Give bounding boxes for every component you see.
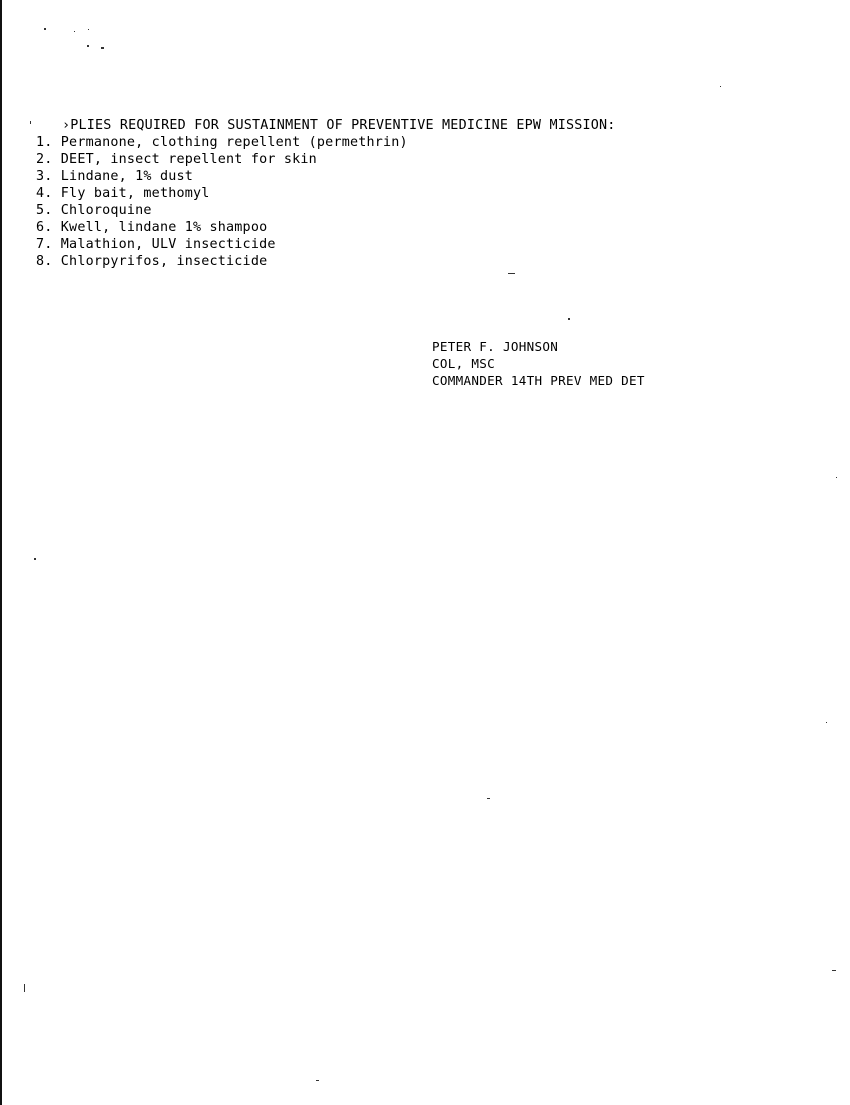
scan-speck (508, 273, 515, 274)
list-item: 4. Fly bait, methomyl (36, 185, 408, 202)
scan-speck (316, 1080, 319, 1081)
list-item: 1. Permanone, clothing repellent (permet… (36, 134, 408, 151)
scan-speck (487, 798, 490, 799)
item-text: DEET, insect repellent for skin (61, 152, 317, 167)
item-text: Chloroquine (61, 203, 152, 218)
item-number: 3. (36, 169, 53, 184)
scan-speck (568, 318, 570, 320)
list-item: 8. Chlorpyrifos, insecticide (36, 253, 408, 270)
item-number: 4. (36, 186, 53, 201)
list-item: 5. Chloroquine (36, 202, 408, 219)
item-number: 8. (36, 254, 53, 269)
item-number: 6. (36, 220, 53, 235)
item-text: Lindane, 1% dust (61, 169, 193, 184)
scan-speck (88, 29, 89, 30)
scan-speck (30, 121, 31, 124)
scan-speck (832, 970, 836, 971)
signer-title: COMMANDER 14TH PREV MED DET (432, 372, 645, 389)
scan-speck (44, 28, 46, 30)
list-item: 2. DEET, insect repellent for skin (36, 151, 408, 168)
item-text: Kwell, lindane 1% shampoo (61, 220, 268, 235)
scan-speck (836, 477, 837, 478)
supplies-list: 1. Permanone, clothing repellent (permet… (36, 134, 408, 270)
item-text: Chlorpyrifos, insecticide (61, 254, 268, 269)
scan-speck (24, 984, 25, 992)
item-number: 1. (36, 135, 53, 150)
item-text: Permanone, clothing repellent (permethri… (61, 135, 408, 150)
scan-speck (34, 558, 36, 560)
signer-rank: COL, MSC (432, 355, 645, 372)
item-number: 5. (36, 203, 53, 218)
list-item: 7. Malathion, ULV insecticide (36, 236, 408, 253)
scan-speck (720, 86, 721, 87)
item-text: Fly bait, methomyl (61, 186, 210, 201)
list-item: 6. Kwell, lindane 1% shampoo (36, 219, 408, 236)
item-number: 2. (36, 152, 53, 167)
item-text: Malathion, ULV insecticide (61, 237, 276, 252)
list-item: 3. Lindane, 1% dust (36, 168, 408, 185)
scan-speck (87, 45, 89, 47)
signer-name: PETER F. JOHNSON (432, 338, 645, 355)
item-number: 7. (36, 237, 53, 252)
scan-speck (101, 47, 104, 49)
supplies-heading: ›PLIES REQUIRED FOR SUSTAINMENT OF PREVE… (62, 117, 616, 134)
signature-block: PETER F. JOHNSON COL, MSC COMMANDER 14TH… (432, 338, 645, 389)
scan-speck (826, 722, 827, 723)
scan-left-border (0, 0, 2, 1105)
scan-speck (74, 31, 75, 32)
